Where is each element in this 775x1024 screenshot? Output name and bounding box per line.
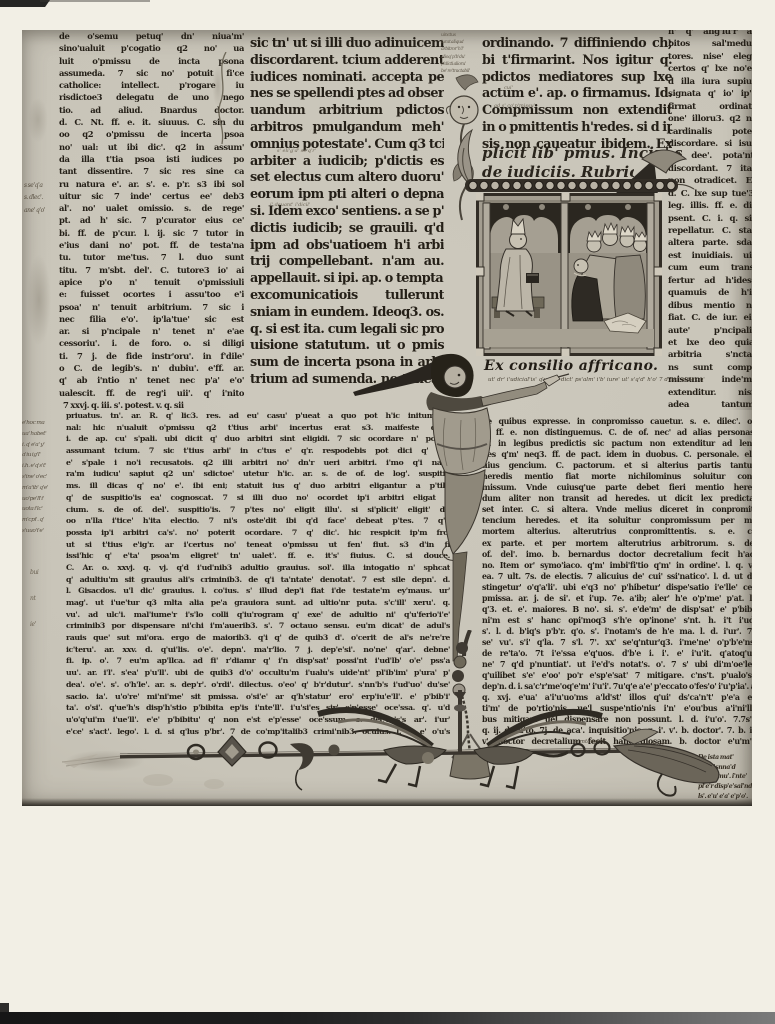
text-line: arbitror' h'l' bbox=[441, 46, 483, 53]
text-line: d illa iura supiu' bbox=[668, 76, 752, 88]
text-line: s se'q'a bbox=[24, 180, 60, 192]
photo-bottom-shadow bbox=[22, 798, 752, 806]
text-line: trij compellebant. n'am au. bbox=[250, 254, 444, 271]
text-line: bitos sal'medu' bbox=[668, 38, 752, 50]
scan-edge-line-top bbox=[40, 0, 150, 2]
text-line: tant dissentire. 7 sic res sine ca bbox=[59, 165, 244, 177]
text-line: fertur ad h'ides. bbox=[668, 275, 752, 287]
text-line: nt bbox=[30, 586, 60, 612]
text-line: uitur sic 7 inde' certus ee' deb3 bbox=[59, 190, 244, 202]
text-line: quamuis de h'i' bbox=[668, 287, 752, 299]
text-line: cardinalis pote' bbox=[668, 126, 752, 138]
left-margin-annotations-scatter: buintie' bbox=[30, 560, 60, 638]
text-line: e'hoc ma bbox=[22, 418, 64, 429]
interlinear-note: i' deuant' i'dicil' bbox=[270, 202, 310, 208]
right-leaf-ornament bbox=[572, 729, 719, 796]
drollery-hooded-figure bbox=[345, 348, 595, 663]
text-line: dictis iudicib; se grauili. q'd bbox=[250, 221, 444, 238]
left-margin-annotations-upper: s se'q'as. dlec'.ane' q'o' bbox=[24, 180, 60, 217]
pointing-arm bbox=[481, 374, 569, 406]
text-line: appellauit. si ipi. ap. o tempta. bbox=[250, 271, 444, 288]
text-line: discordarent. tcium adderent bbox=[250, 53, 444, 70]
text-line: iudices nominati. accepta pe bbox=[250, 70, 444, 87]
interlinear-note: cui' bbox=[504, 85, 513, 91]
text-line: s'uuo'i'e' bbox=[22, 526, 64, 537]
text-line: psoa' n' tenuit arbitrium. 7 sic i bbox=[59, 301, 244, 313]
text-line: uandum arbitrium pdictos bbox=[250, 103, 444, 120]
text-line: cum eum trans bbox=[668, 262, 752, 274]
text-line: fiat. C. de iur. ei. bbox=[668, 312, 752, 324]
text-line: s'ine' o'ec' bbox=[22, 472, 64, 483]
text-line: est inuidiais. ui' bbox=[668, 250, 752, 262]
text-line: psent. C. i. q. si' bbox=[668, 213, 752, 225]
pen-squiggle-icon bbox=[216, 52, 232, 147]
text-line: extenditur. nisi bbox=[668, 387, 752, 399]
text-line: nec filia e'o'. ip'la'tue' sic est bbox=[59, 313, 244, 325]
text-line: set electus cum altero duoru' bbox=[250, 170, 444, 187]
miniature-judicial-scene bbox=[476, 193, 662, 356]
text-line: n' q' ang'iu'r a' bbox=[668, 30, 752, 38]
text-line: iurat aliqua' bbox=[441, 39, 483, 46]
text-line: a'iu ig'l' bbox=[22, 450, 64, 461]
text-line: leg. illis. ff. e. di' bbox=[668, 200, 752, 212]
text-line: altera parte. sda' bbox=[668, 237, 752, 249]
text-line: ar. si p'ncipale n' tenet n' e'ae bbox=[59, 325, 244, 337]
parchment-stain bbox=[24, 88, 52, 152]
text-line: ipm ad obs'uatioem h'i arbi bbox=[250, 238, 444, 255]
text-line: titu. 7 m'sbt. del'. C. tutore3 io' ai bbox=[59, 264, 244, 276]
main-text-column-right: ordinando. 7 diffiniendo ch;bi t'firmari… bbox=[482, 36, 672, 154]
text-line: aute' p'ncipali' bbox=[668, 325, 752, 337]
text-line: bi t'firmarint. Nos igitur q. bbox=[482, 53, 672, 70]
text-line: p'dicti alioru' bbox=[441, 61, 483, 68]
text-line: i.h. e'q's't' bbox=[22, 461, 64, 472]
text-line: ordinando. 7 diffiniendo ch; bbox=[482, 36, 672, 53]
text-line: tores. nise' eleg' bbox=[668, 51, 752, 63]
text-line: al'. no' ualet omissio. s. de rege' bbox=[59, 202, 244, 214]
text-line: arbitros pmulgandum meh' bbox=[250, 120, 444, 137]
text-line: ti. 7 j. de fide instr'oru'. in f'dile' bbox=[59, 350, 244, 362]
text-line: tu. tutor me'tus. 7 l. duo sunt bbox=[59, 251, 244, 263]
text-line: i. q' e'a' y' bbox=[22, 440, 64, 451]
text-line: m'cpi'. q' bbox=[22, 515, 64, 526]
parchment-stain bbox=[22, 235, 56, 365]
text-line: arbiter a iudicib; p'dictis es bbox=[250, 154, 444, 171]
manuscript-photo: de o'semu petuq' dn' niua'm'sino'ualuit … bbox=[22, 30, 752, 806]
text-line: sniam in eundem. Ideoq3. os. bbox=[250, 305, 444, 322]
text-line: dibus mentio n' bbox=[668, 300, 752, 312]
text-line: ru natura e'. ar. s'. e. p'r. s3 ibi sol bbox=[59, 178, 244, 190]
left-margin-annotations-lower: e'hoc maua' habet'i. q' e'a' y'a'iu ig'l… bbox=[22, 418, 64, 537]
text-line: pt. ad h' sic. 7 p'curator eius ce' bbox=[59, 214, 244, 226]
text-line: e: fuisset ocortes i assu'too e'i bbox=[59, 288, 244, 300]
text-line: adea tantum bbox=[668, 399, 752, 411]
text-line: pdictos mediatores sup lxe bbox=[482, 70, 672, 87]
text-line: sic tn' ut si illi duo adinuicem bbox=[250, 36, 444, 53]
text-line: s. dlec'. bbox=[24, 192, 60, 204]
text-line: nes se spellendi ptes ad obser bbox=[250, 86, 444, 103]
interlinear-note: s' eli'g'd' se'q'r' bbox=[277, 148, 316, 154]
text-line: ns sunt comp' bbox=[668, 362, 752, 374]
text-line: m'a'ib' q'e' bbox=[22, 483, 64, 494]
text-line: signata q' io' ip'. bbox=[668, 88, 752, 100]
text-line: bui bbox=[30, 560, 60, 586]
text-line: uu'. ar. i'l'. s'ea' p'u'll'. ubi de qui… bbox=[66, 667, 450, 679]
right-gloss-column: n' q' ang'iu'r a'bitos sal'medu'tores. n… bbox=[668, 30, 752, 412]
scan-table-edge-strip bbox=[0, 1012, 775, 1024]
main-text-column-left: sic tn' ut si illi duo adinuicemdiscorda… bbox=[250, 36, 444, 389]
text-line: q. si est ita. cum legali sic pro bbox=[250, 322, 444, 339]
text-line: ane' q'o' bbox=[24, 205, 60, 217]
text-line: bi. ff. de p'cur. l. ij. sic 7 tutor in bbox=[59, 227, 244, 239]
photograph-of-manuscript-page: { "palette":{ "photo_paper":"#f2efe5", "… bbox=[0, 0, 775, 1024]
text-line: ie' bbox=[30, 612, 60, 638]
roundel-border-bar bbox=[465, 178, 678, 193]
text-line: uota i'lc' bbox=[22, 504, 64, 515]
intercolumn-cursive-note: uinctusiurat aliqua'arbitror' h'l'alioq'… bbox=[441, 32, 483, 75]
text-line: uinctus bbox=[441, 32, 483, 39]
text-line: da illa t'tia psoa isti iudices po bbox=[59, 153, 244, 165]
text-line: certos q' lxe no'e' bbox=[668, 63, 752, 75]
text-line: ua' habet' bbox=[22, 429, 64, 440]
text-line: excomunicatiois tullerunt bbox=[250, 288, 444, 305]
text-line: arbitria s'ncta' bbox=[668, 349, 752, 361]
text-line: cessoriu'. i. de foro. o. si diligi bbox=[59, 337, 244, 349]
text-line: de o'semu petuq' dn' niua'm' bbox=[59, 30, 244, 42]
text-line: e'ius dani no' pot. ff. de testa'na bbox=[59, 239, 244, 251]
text-line: repellatur. C. sta' bbox=[668, 225, 752, 237]
text-line: et lxe deo quia bbox=[668, 337, 752, 349]
text-line: uo'pe'll'i' bbox=[22, 494, 64, 505]
text-line: q' ab i'ntio n' tenet nec p'a' e'o' bbox=[59, 374, 244, 386]
interlinear-note: ad s' co'p'missu' bbox=[494, 103, 535, 109]
text-line: ualescit. ff. de reg'i uii'. q' i'nito bbox=[59, 387, 244, 399]
text-line: firmat ordinat' bbox=[668, 101, 752, 113]
text-line: q'uilibet s'e' e'oo' po'r e'sp'e'sat' 7 … bbox=[482, 670, 752, 681]
text-line: in o pmittentis h'redes. si d ip bbox=[482, 120, 672, 137]
text-line: o C. de legib's. n' dubiu'. e'ff. ar. bbox=[59, 362, 244, 374]
text-line: apice p'o n' tenuit o'pmissiuli bbox=[59, 276, 244, 288]
text-line: alioq' p'b'du' bbox=[441, 54, 483, 61]
text-line: one' illoru3. q2 n' bbox=[668, 113, 752, 125]
bas-de-page-dragons bbox=[62, 688, 738, 806]
